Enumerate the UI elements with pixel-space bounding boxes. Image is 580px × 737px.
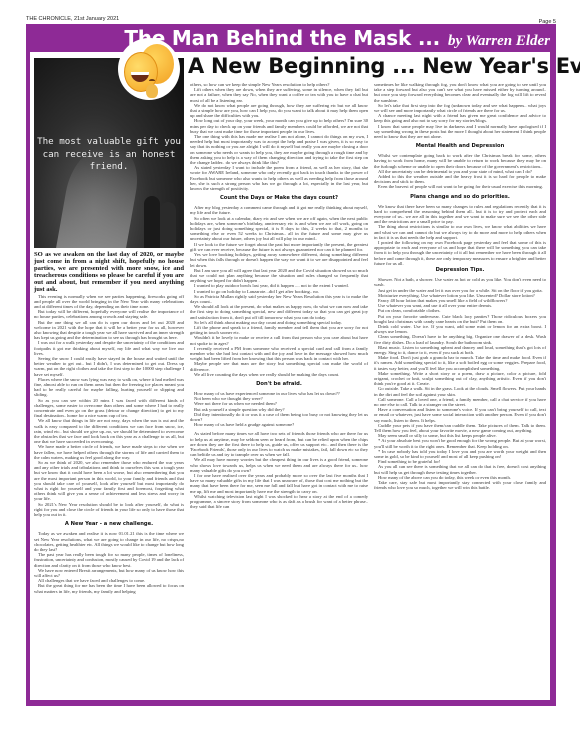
- section-heading: Count the Days or Make the days count?: [190, 195, 368, 201]
- body-paragraph: We know that there have been so many cha…: [374, 204, 546, 225]
- body-paragraph: But the great thing for me has been the …: [34, 583, 184, 593]
- body-paragraph: Whilst we contemplate going back to work…: [374, 153, 546, 169]
- body-paragraph: A chance meeting last night with a frien…: [374, 113, 546, 123]
- body-paragraph: We all live counting the days when we re…: [190, 372, 368, 377]
- column-2: others, so how can we keep the simple Ne…: [190, 82, 368, 509]
- body-paragraph: Today as we awaken and realise it is now…: [34, 531, 184, 552]
- body-paragraph: sometimes be like walking through fog, y…: [374, 82, 546, 103]
- body-paragraph: Lift others when they are down, when the…: [190, 87, 368, 103]
- body-paragraph: Places where the snow was lying was easy…: [34, 377, 184, 398]
- body-paragraph: So 2021's New Year resolution should be …: [34, 502, 184, 518]
- body-paragraph: This evening is normally when we see par…: [34, 294, 184, 310]
- body-paragraph: We have made a better circle of friends,…: [34, 444, 184, 460]
- tip-paragraph: Drink cold water. Use ice. If you want, …: [374, 324, 546, 334]
- tip-paragraph: Make something. Write a short story or a…: [374, 371, 546, 387]
- body-paragraph: As stated yesterday I want to include th…: [190, 165, 368, 191]
- tip-paragraph: Just get in under the water and let it r…: [374, 288, 546, 293]
- body-paragraph: We should all look at the present, do wh…: [190, 304, 368, 320]
- section-heading: Depression Tips.: [374, 267, 546, 273]
- article-headline: A New Beginning ... New Year's Eve: [188, 53, 552, 79]
- body-paragraph: But the one thing we all can do is open …: [34, 320, 184, 341]
- body-paragraph: How long out of your day, your week, you…: [190, 118, 368, 134]
- column-1: SO as we awaken on the last day of 2020,…: [34, 251, 184, 594]
- series-title: The Man Behind the Mask ... by Warren El…: [124, 24, 550, 52]
- body-paragraph: So as you can see within 20 mins I was f…: [34, 398, 184, 419]
- tip-paragraph: Put on your favorite underwear. Cute bla…: [374, 314, 546, 324]
- tip-paragraph: * In case nobody has told you today I lo…: [374, 449, 546, 459]
- body-paragraph: I wanted to play outdoor bowls last year…: [190, 283, 368, 288]
- body-paragraph: But today will be different, hopefully e…: [34, 309, 184, 319]
- body-paragraph: I know that some people may live in dark…: [374, 124, 546, 140]
- series-name: The Man Behind the Mask ...: [124, 26, 440, 50]
- tip-paragraph: * At your absolute best you won't be goo…: [374, 438, 546, 448]
- masks-emoji-icon: [118, 38, 180, 100]
- tip-paragraph: Cuddle your pets if you have them/can cu…: [374, 423, 546, 433]
- body-paragraph: Did they intentionally do it or was it a…: [190, 412, 368, 422]
- tip-paragraph: Go outside. Take a walk. Sit in the gras…: [374, 386, 546, 396]
- body-paragraph: I posted the following on my own Faceboo…: [374, 240, 546, 266]
- body-paragraph: We all may have money worries but the ch…: [190, 457, 368, 473]
- body-paragraph: Whilst watching television last night I …: [190, 494, 368, 510]
- body-paragraph: I was out for a walk yesterday and despi…: [34, 340, 184, 356]
- body-paragraph: Maybe people see that man are the story …: [190, 361, 368, 371]
- body-paragraph: If we look to the future we forget about…: [190, 242, 368, 252]
- body-paragraph: Even the bravest of people will not want…: [374, 184, 546, 189]
- body-paragraph: The one thing with this has made me real…: [190, 134, 368, 165]
- body-paragraph: I for one have realised over the years a…: [190, 473, 368, 494]
- column-3: sometimes be like walking through fog, y…: [374, 82, 546, 490]
- body-paragraph: But I am sure you all will agree that la…: [190, 268, 368, 284]
- body-paragraph: So let's take that first step into the f…: [374, 103, 546, 113]
- body-paragraph: Wouldn't it be lovely to make or receive…: [190, 335, 368, 345]
- body-paragraph: After my blog yesterday a comment came t…: [190, 205, 368, 215]
- body-paragraph: The thing about restrictions is similar …: [374, 224, 546, 240]
- person-figure: [160, 202, 176, 248]
- tip-paragraph: As you all can see there is something th…: [374, 464, 546, 474]
- body-paragraph: So as Patricia Mullan rightly said yeste…: [190, 294, 368, 304]
- publication-date: THE CHRONICLE, 21st January 2021: [26, 16, 119, 22]
- section-heading: A New Year - a new challenge.: [34, 521, 184, 527]
- body-paragraph: I recently received a PM from someone wh…: [190, 346, 368, 362]
- body-paragraph: So as we think of 2020, we also remember…: [34, 460, 184, 502]
- lead-paragraph: SO as we awaken on the last day of 2020,…: [34, 251, 184, 294]
- byline: by Warren Elder: [448, 33, 550, 49]
- tip-paragraph: Take care, stay safe but most importantl…: [374, 480, 546, 490]
- tip-paragraph: Blast music. Listen to something upbeat …: [374, 345, 546, 355]
- body-paragraph: Yes we love booking holidays, getting aw…: [190, 252, 368, 268]
- article-frame: The Man Behind the Mask ... by Warren El…: [26, 24, 556, 706]
- hand-icon: [146, 84, 158, 98]
- section-heading: Don't be afraid.: [190, 381, 368, 387]
- article-body: The most valuable gift you can receive i…: [30, 52, 550, 700]
- photo-quote: The most valuable gift you can receive i…: [34, 136, 184, 174]
- body-paragraph: Seeing the snow I could easily have stay…: [34, 356, 184, 377]
- tip-paragraph: Shower. Not a bath, a shower. Use water …: [374, 277, 546, 287]
- tip-paragraph: Clean something. Doesn't have to be anyt…: [374, 334, 546, 344]
- body-paragraph: We do not know what people are going thr…: [190, 103, 368, 119]
- section-heading: Plans change and so do priorities.: [374, 194, 546, 200]
- person-figure: [144, 196, 160, 248]
- tip-paragraph: Call someone. Call a loved one, a friend…: [374, 397, 546, 407]
- body-paragraph: Lift the phone and speak to a friend, fa…: [190, 325, 368, 335]
- section-heading: Mental Health and Depression: [374, 143, 546, 149]
- body-paragraph: We all know that things in life are not …: [34, 418, 184, 444]
- body-paragraph: How many of us have held a grudge agains…: [190, 422, 368, 427]
- body-paragraph: We have now entered Brexit arrangements,…: [34, 568, 184, 578]
- body-paragraph: As stated before many times we all have …: [190, 431, 368, 457]
- tip-paragraph: Make food. Don't just grab a granola bar…: [374, 355, 546, 371]
- body-paragraph: The past year has really been tough for …: [34, 552, 184, 568]
- tip-paragraph: Have a conversation and listen to someon…: [374, 407, 546, 423]
- body-paragraph: So often we look at a calendar, diary et…: [190, 216, 368, 242]
- body-paragraph: Added to this the weather outside and th…: [374, 174, 546, 184]
